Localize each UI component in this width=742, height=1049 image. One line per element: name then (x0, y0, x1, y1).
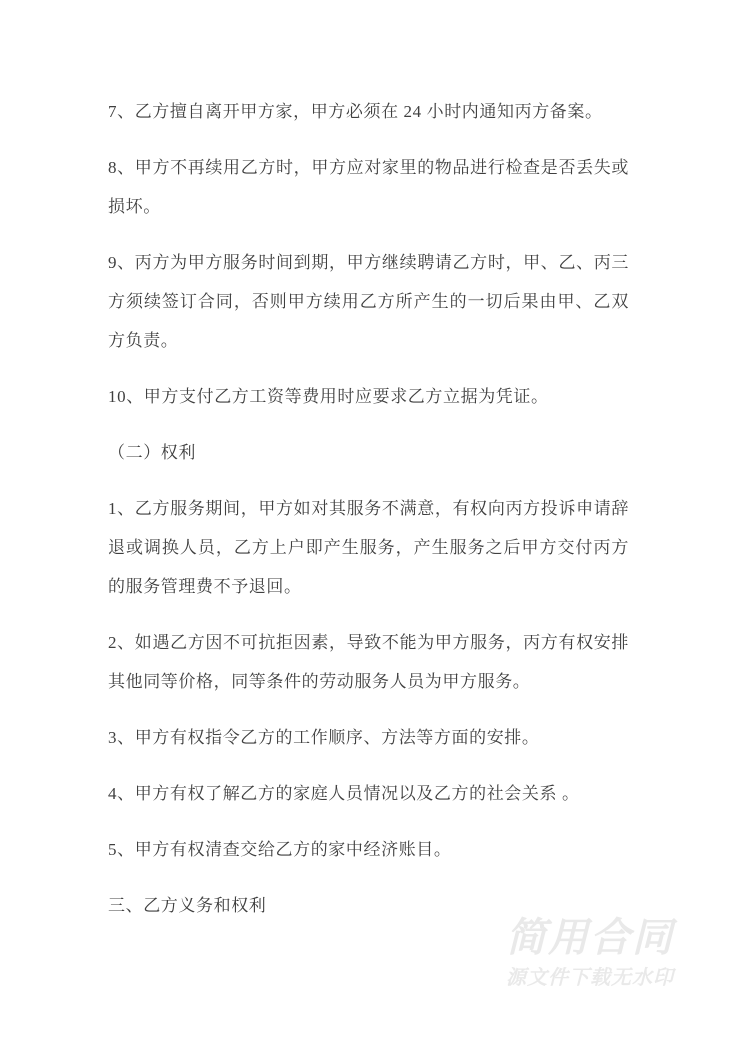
paragraph-clause-8: 8、甲方不再续用乙方时，甲方应对家里的物品进行检查是否丢失或损坏。 (108, 148, 629, 226)
paragraph-rights-4: 4、甲方有权了解乙方的家庭人员情况以及乙方的社会关系 。 (108, 774, 629, 813)
document-page: 7、乙方擅自离开甲方家，甲方必须在 24 小时内通知丙方备案。 8、甲方不再续用… (0, 0, 742, 1049)
paragraph-rights-1: 1、乙方服务期间，甲方如对其服务不满意，有权向丙方投诉申请辞退或调换人员，乙方上… (108, 489, 629, 606)
paragraph-clause-7: 7、乙方擅自离开甲方家，甲方必须在 24 小时内通知丙方备案。 (108, 92, 629, 131)
section-heading-rights: （二）权利 (108, 433, 629, 472)
watermark-subtitle: 源文件下载无水印 (506, 966, 674, 990)
paragraph-rights-2: 2、如遇乙方因不可抗拒因素，导致不能为甲方服务，丙方有权安排其他同等价格，同等条… (108, 623, 629, 701)
paragraph-rights-3: 3、甲方有权指令乙方的工作顺序、方法等方面的安排。 (108, 718, 629, 757)
document-body: 7、乙方擅自离开甲方家，甲方必须在 24 小时内通知丙方备案。 8、甲方不再续用… (108, 92, 629, 942)
paragraph-clause-9: 9、丙方为甲方服务时间到期，甲方继续聘请乙方时，甲、乙、丙三方须续签订合同，否则… (108, 243, 629, 360)
watermark-title: 简用合同 (506, 916, 674, 960)
watermark: 简用合同 源文件下载无水印 (506, 916, 674, 990)
paragraph-rights-5: 5、甲方有权清查交给乙方的家中经济账目。 (108, 830, 629, 869)
paragraph-clause-10: 10、甲方支付乙方工资等费用时应要求乙方立据为凭证。 (108, 377, 629, 416)
